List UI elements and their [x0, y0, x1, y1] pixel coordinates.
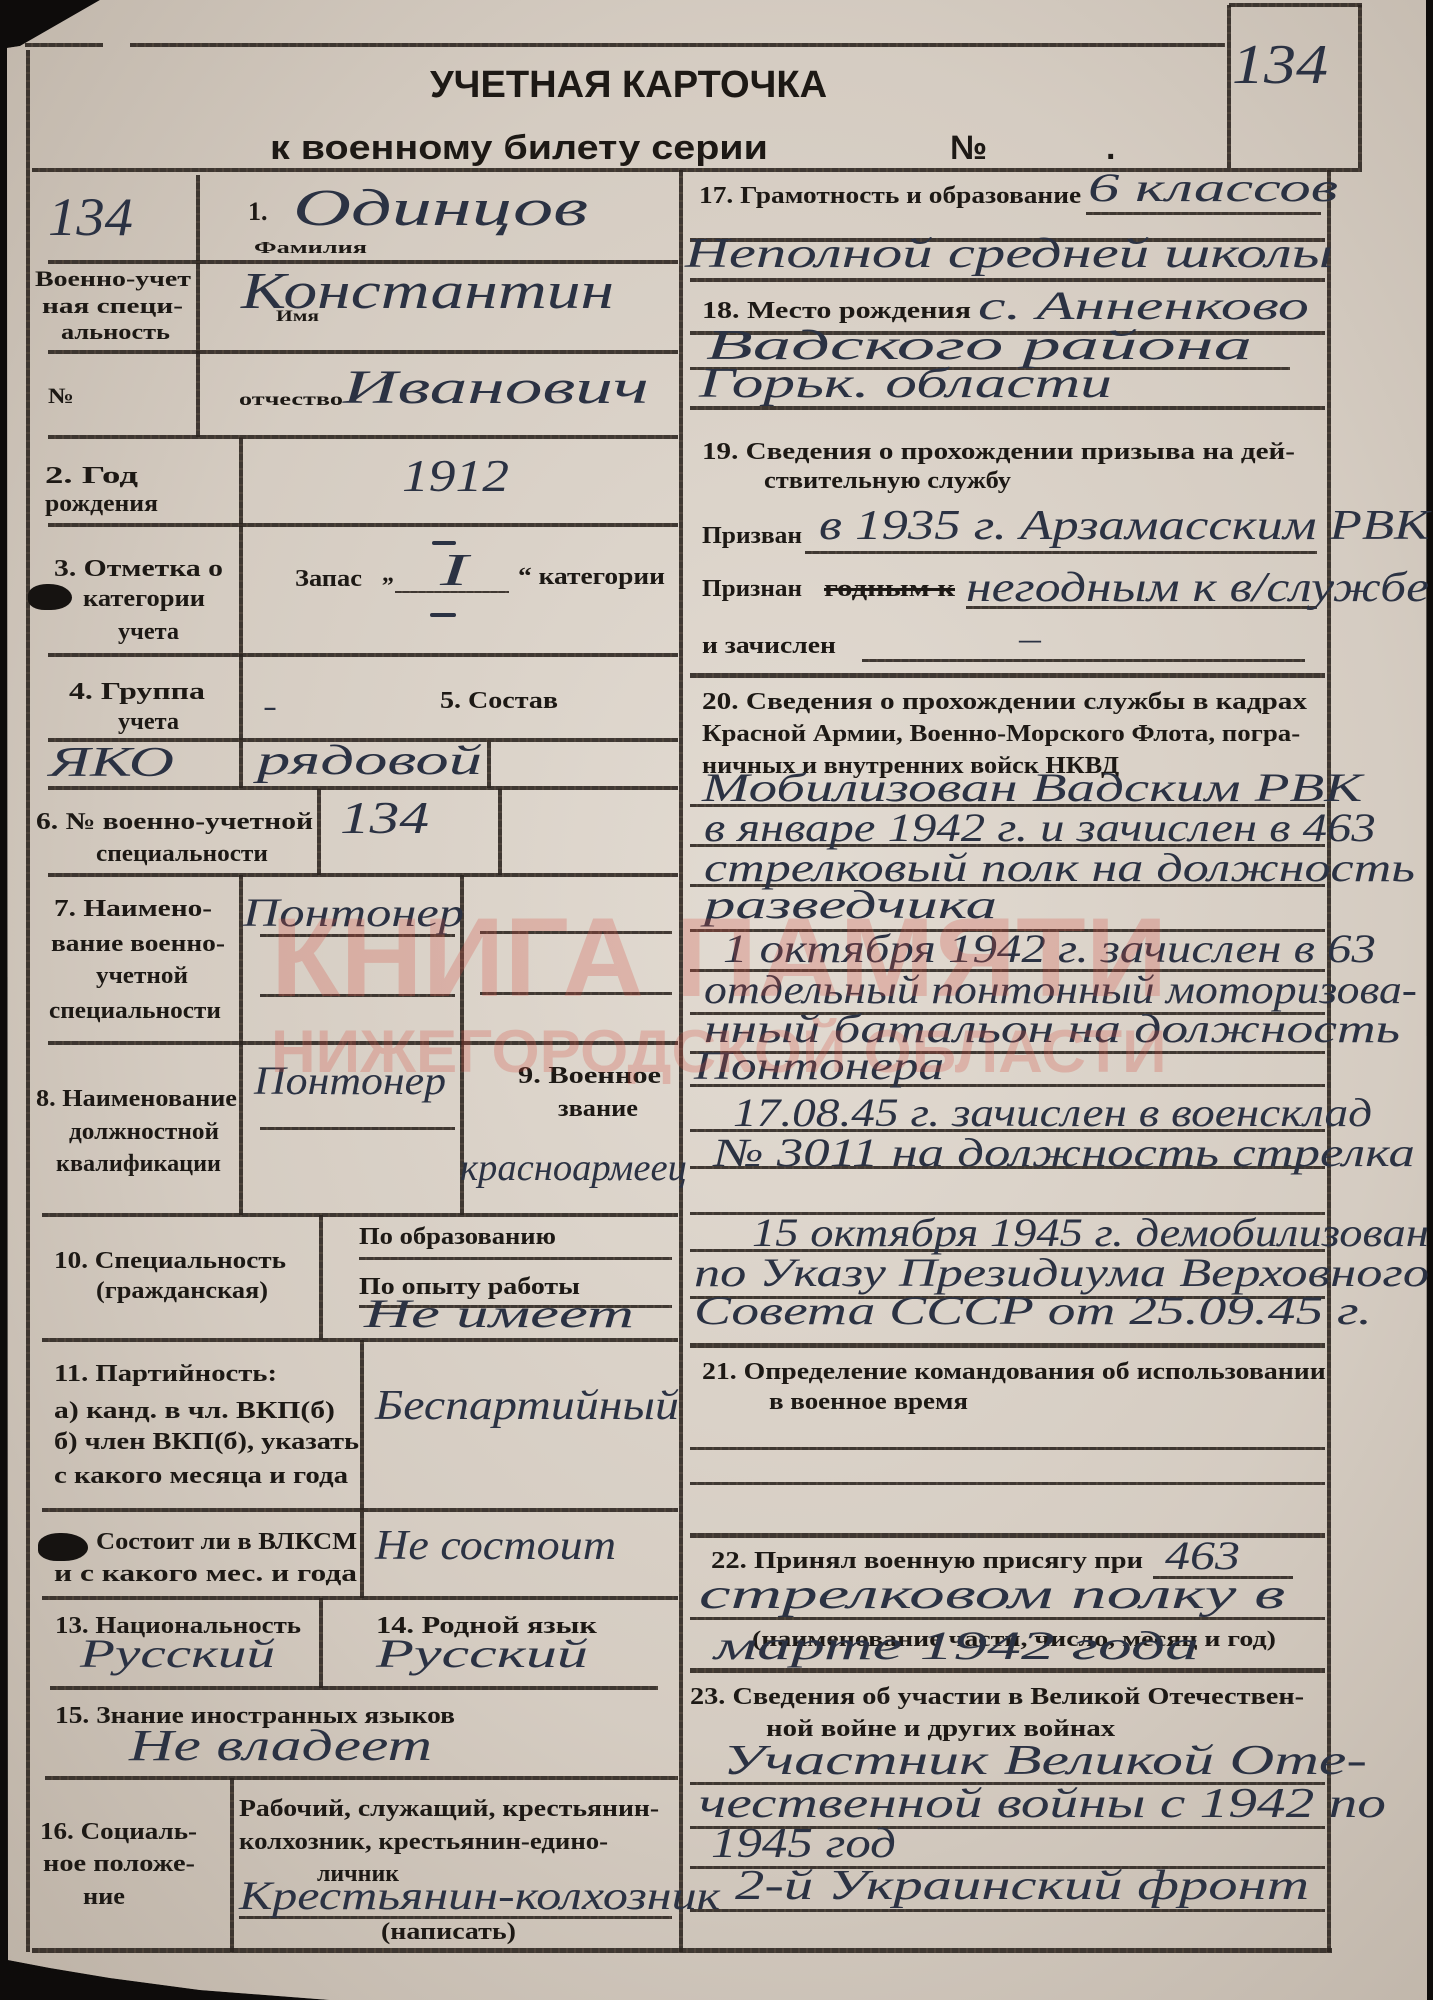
conscription-label: 19. Сведения о прохождении призыва на де… — [702, 440, 1295, 464]
rule-line — [319, 1598, 323, 1688]
komsomol-value: Не состоит — [375, 1525, 616, 1567]
education-label: 17. Грамотность и образование — [699, 184, 1081, 208]
ticket-number-sign: № — [950, 131, 987, 165]
specialty-name-label: вание военно- — [51, 932, 225, 956]
rule-line — [50, 1686, 658, 1690]
rule-line — [26, 50, 30, 1952]
record-number: 134 — [48, 190, 133, 244]
ink-blot — [28, 584, 72, 610]
rule-line — [1327, 170, 1331, 1952]
birthplace-label: 18. Место рождения — [702, 299, 971, 323]
category-label: учета — [118, 620, 179, 644]
rule-line — [239, 437, 243, 788]
rank-label: звание — [558, 1097, 638, 1121]
rule-line — [319, 1215, 323, 1340]
ink-mark — [430, 613, 456, 617]
ticket-number-dot: . — [1106, 131, 1115, 165]
komsomol-label: Состоит ли в ВЛКСМ — [96, 1530, 357, 1554]
rule-line — [48, 786, 678, 790]
oath-value: стрелковом полку в — [699, 1574, 1285, 1616]
rule-line — [25, 43, 103, 47]
social-status-label: 16. Социаль- — [40, 1820, 197, 1844]
rule-line — [1227, 5, 1231, 168]
service-record-line: № 3011 на должность стрелка — [714, 1133, 1415, 1173]
patronymic-value: Иванович — [343, 364, 649, 412]
birth-year-label: 2. Год — [45, 464, 138, 488]
oath-unit-number: 463 — [1165, 1536, 1240, 1576]
military-specialty-label: альность — [61, 321, 170, 343]
rule-line — [45, 1776, 678, 1780]
called-up-label: Призван — [702, 524, 802, 548]
account-group-value: ЯКО — [49, 742, 174, 784]
civil-specialty-label: 10. Специальность — [54, 1249, 286, 1273]
service-record-line: Мобилизован Вадским РВК — [702, 768, 1362, 808]
birth-year-value: 1912 — [402, 453, 509, 499]
called-up-value: в 1935 г. Арзамасским РВК — [819, 505, 1429, 547]
social-status-value: Крестьянин-колхозник — [239, 1876, 720, 1916]
native-language-value: Русский — [376, 1634, 588, 1674]
service-record-line: 17.08.45 г. зачислен в военсклад — [733, 1093, 1372, 1133]
education-value: 6 классов — [1088, 168, 1338, 208]
account-group-label: 4. Группа — [69, 680, 205, 704]
rule-line — [42, 1213, 678, 1217]
birth-year-label: рождения — [45, 492, 158, 516]
position-label: квалификации — [56, 1152, 221, 1176]
rule-line — [48, 873, 678, 877]
card-title: УЧЕТНАЯ КАРТОЧКА — [430, 66, 827, 104]
composition-label: 5. Состав — [440, 689, 558, 713]
surname-caption: Фамилия — [254, 239, 367, 256]
rule-line — [48, 653, 678, 657]
reserve-category-value: I — [440, 547, 468, 593]
by-education-label: По образованию — [359, 1225, 556, 1249]
military-specialty-label: Военно-учет — [35, 268, 191, 290]
social-status-label: ное положе- — [43, 1852, 195, 1876]
card-subtitle: к военному билету серии — [270, 131, 768, 165]
rule-line — [48, 435, 678, 439]
reserve-prefix: Запас — [295, 567, 362, 591]
rule-line — [805, 551, 1317, 554]
rule-line — [48, 350, 678, 354]
found-value: негодным к в/службе — [966, 567, 1429, 609]
specialty-name-label: 7. Наимено- — [54, 897, 212, 921]
rule-line — [360, 1340, 364, 1598]
social-status-hint: (написать) — [381, 1920, 516, 1944]
composition-value: рядовой — [257, 740, 482, 782]
rule-line — [260, 1127, 455, 1130]
education-value: Неполной средней школы — [685, 233, 1333, 275]
rule-line — [862, 659, 1305, 662]
service-label: Красной Армии, Военно-Морского Флота, по… — [702, 722, 1300, 746]
social-status-label: ние — [83, 1885, 125, 1909]
surname-value: Одинцов — [293, 183, 588, 235]
service-record-line: по Указу Президиума Верховного — [694, 1253, 1429, 1293]
rank-value: красноармеец — [460, 1149, 687, 1187]
rule-line — [690, 278, 1325, 282]
wartime-use-label: в военное время — [769, 1390, 968, 1414]
conscription-label: ствительную службу — [764, 469, 1011, 493]
rule-line — [196, 175, 200, 437]
rule-line — [690, 673, 1325, 678]
rule-line — [690, 1668, 1325, 1673]
service-record-line: в январе 1942 г. и зачислен в 463 — [704, 808, 1376, 848]
found-label: Признан — [702, 577, 802, 601]
category-label: 3. Отметка о — [54, 557, 223, 581]
corner-number: 134 — [1232, 37, 1328, 93]
enlisted-label: и зачислен — [702, 634, 836, 658]
rule-line — [1358, 5, 1362, 168]
war-participation-line: Участник Великой Оте- — [723, 1740, 1367, 1782]
rule-line — [230, 1778, 234, 1952]
rule-line — [487, 740, 491, 788]
rule-line — [690, 1343, 1325, 1348]
specialty-name-label: учетной — [96, 964, 188, 988]
number-label: № — [48, 385, 74, 407]
specialty-name-label: специальности — [49, 999, 221, 1023]
party-label: а) канд. в чл. ВКП(б) — [54, 1399, 335, 1423]
watermark-line-1: КНИГА ПАМЯТИ — [271, 902, 1167, 1014]
party-label: с какого месяца и года — [54, 1464, 348, 1488]
military-specialty-label: ная специ- — [42, 295, 183, 317]
reserve-suffix: “ категории — [518, 565, 665, 589]
ink-blot — [38, 1533, 88, 1561]
birthplace-value: Горьк. области — [699, 363, 1112, 405]
war-participation-label: 23. Сведения об участии в Великой Отечес… — [690, 1685, 1304, 1709]
patronymic-caption: отчество — [239, 390, 343, 408]
reserve-open-quote: „ — [382, 562, 394, 586]
rule-line — [1229, 3, 1362, 7]
party-label: б) член ВКП(б), указать — [54, 1430, 359, 1454]
category-label: категории — [83, 587, 205, 611]
civil-specialty-value: Не имеет — [364, 1294, 634, 1334]
position-label: 8. Наименование — [36, 1087, 237, 1111]
rule-line — [498, 788, 502, 875]
rule-line — [359, 1257, 672, 1260]
field-1-number: 1. — [248, 199, 268, 225]
war-participation-line: 1945 год — [711, 1823, 896, 1865]
komsomol-label: и с какого мес. и года — [54, 1562, 357, 1586]
nationality-value: Русский — [80, 1634, 275, 1674]
social-status-options: колхозник, крестьянин-едино- — [239, 1830, 608, 1854]
social-status-options: Рабочий, служащий, крестьянин- — [239, 1797, 659, 1821]
rule-line — [690, 1482, 1325, 1485]
specialty-number-label: специальности — [96, 842, 268, 866]
position-label: должностной — [69, 1120, 219, 1144]
civil-specialty-label: (гражданская) — [96, 1279, 268, 1303]
account-group-label: учета — [118, 710, 179, 734]
oath-value: марте 1942 года — [714, 1626, 1199, 1666]
wartime-use-label: 21. Определение командования об использо… — [702, 1360, 1326, 1384]
rule-line — [690, 1447, 1325, 1450]
party-value: Беспартийный — [375, 1385, 679, 1427]
enlisted-value: — — [1019, 620, 1041, 656]
found-struck-text: годным к — [824, 577, 955, 601]
specialty-number-value: 134 — [340, 795, 429, 841]
rule-line — [48, 523, 678, 527]
rule-line — [130, 43, 1225, 47]
service-record-line: Совета СССР от 25.09.45 г. — [694, 1291, 1372, 1331]
ink-mark — [432, 541, 456, 545]
service-label: 20. Сведения о прохождении службы в кадр… — [702, 690, 1307, 714]
account-dash: - — [263, 692, 277, 722]
birthplace-value: с. Анненково — [978, 286, 1309, 326]
rule-line — [1086, 212, 1321, 215]
watermark-line-2: НИЖЕГОРОДСКОЙ ОБЛАСТИ — [271, 1022, 1167, 1082]
first-name-caption: Имя — [276, 309, 319, 325]
oath-label: 22. Принял военную присягу при — [711, 1549, 1143, 1573]
war-participation-line: чественной войны с 1942 по — [699, 1783, 1386, 1825]
service-record-line: 15 октября 1945 г. демобилизован — [752, 1213, 1429, 1253]
party-label: 11. Партийность: — [54, 1362, 277, 1386]
specialty-number-label: 6. № военно-учетной — [36, 810, 313, 834]
war-participation-line: 2-й Украинский фронт — [735, 1865, 1309, 1907]
rule-line — [317, 788, 321, 875]
foreign-languages-value: Не владеет — [129, 1724, 432, 1768]
